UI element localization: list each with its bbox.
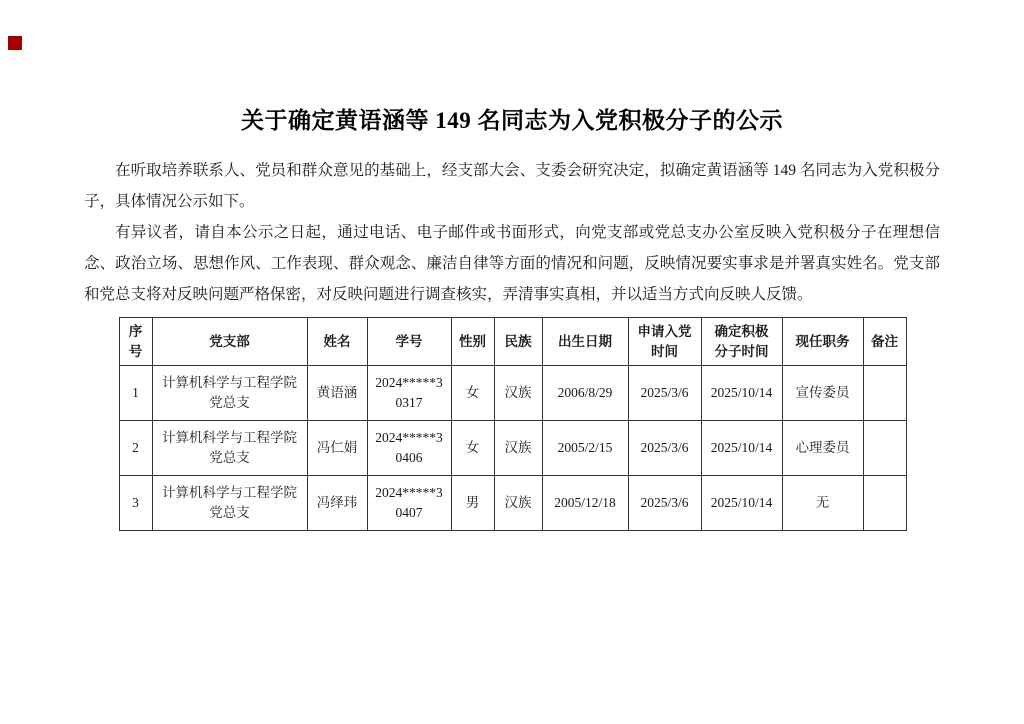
table-cell: 心理委员 bbox=[782, 421, 863, 476]
paragraph-1: 在听取培养联系人、党员和群众意见的基础上，经支部大会、支委会研究决定，拟确定黄语… bbox=[84, 155, 940, 217]
table-cell: 计算机科学与工程学院 党总支 bbox=[152, 366, 307, 421]
column-header-7: 申请入党 时间 bbox=[628, 318, 701, 366]
table-cell: 男 bbox=[451, 476, 494, 531]
table-cell: 2024*****3 0317 bbox=[367, 366, 451, 421]
document-page: 关于确定黄语涵等 149 名同志为入党积极分子的公示 在听取培养联系人、党员和群… bbox=[0, 0, 1024, 531]
column-header-3: 学号 bbox=[367, 318, 451, 366]
roster-table: 序 号党支部姓名学号性别民族出生日期申请入党 时间确定积极 分子时间现任职务备注… bbox=[119, 317, 907, 531]
table-cell: 2025/10/14 bbox=[701, 366, 782, 421]
table-cell: 2005/2/15 bbox=[542, 421, 628, 476]
table-body: 1计算机科学与工程学院 党总支黄语涵2024*****3 0317女汉族2006… bbox=[119, 366, 906, 531]
table-cell: 2005/12/18 bbox=[542, 476, 628, 531]
paragraph-2: 有异议者，请自本公示之日起，通过电话、电子邮件或书面形式，向党支部或党总支办公室… bbox=[84, 217, 940, 310]
table-cell: 女 bbox=[451, 421, 494, 476]
table-cell: 计算机科学与工程学院 党总支 bbox=[152, 476, 307, 531]
table-cell: 冯仁娟 bbox=[307, 421, 367, 476]
table-cell: 计算机科学与工程学院 党总支 bbox=[152, 421, 307, 476]
table-cell: 3 bbox=[119, 476, 152, 531]
table-cell: 2 bbox=[119, 421, 152, 476]
document-title: 关于确定黄语涵等 149 名同志为入党积极分子的公示 bbox=[84, 102, 940, 135]
column-header-0: 序 号 bbox=[119, 318, 152, 366]
table-row-2: 2计算机科学与工程学院 党总支冯仁娟2024*****3 0406女汉族2005… bbox=[119, 421, 906, 476]
table-cell: 汉族 bbox=[494, 476, 542, 531]
table-cell: 2025/3/6 bbox=[628, 421, 701, 476]
column-header-8: 确定积极 分子时间 bbox=[701, 318, 782, 366]
table-row-1: 1计算机科学与工程学院 党总支黄语涵2024*****3 0317女汉族2006… bbox=[119, 366, 906, 421]
column-header-4: 性别 bbox=[451, 318, 494, 366]
table-row-3: 3计算机科学与工程学院 党总支冯绎玮2024*****3 0407男汉族2005… bbox=[119, 476, 906, 531]
table-cell: 2025/3/6 bbox=[628, 366, 701, 421]
table-cell: 汉族 bbox=[494, 421, 542, 476]
column-header-6: 出生日期 bbox=[542, 318, 628, 366]
column-header-10: 备注 bbox=[863, 318, 906, 366]
table-cell: 2024*****3 0406 bbox=[367, 421, 451, 476]
table-cell: 冯绎玮 bbox=[307, 476, 367, 531]
column-header-5: 民族 bbox=[494, 318, 542, 366]
red-square-marker-icon bbox=[8, 36, 22, 50]
table-cell bbox=[863, 476, 906, 531]
table-cell: 宣传委员 bbox=[782, 366, 863, 421]
table-header-row: 序 号党支部姓名学号性别民族出生日期申请入党 时间确定积极 分子时间现任职务备注 bbox=[119, 318, 906, 366]
table-cell: 黄语涵 bbox=[307, 366, 367, 421]
table-cell: 2025/10/14 bbox=[701, 476, 782, 531]
roster-table-container: 序 号党支部姓名学号性别民族出生日期申请入党 时间确定积极 分子时间现任职务备注… bbox=[119, 317, 906, 531]
document-body: 在听取培养联系人、党员和群众意见的基础上，经支部大会、支委会研究决定，拟确定黄语… bbox=[84, 155, 940, 310]
table-cell: 1 bbox=[119, 366, 152, 421]
column-header-9: 现任职务 bbox=[782, 318, 863, 366]
column-header-1: 党支部 bbox=[152, 318, 307, 366]
table-cell bbox=[863, 421, 906, 476]
table-cell: 2006/8/29 bbox=[542, 366, 628, 421]
table-cell: 2024*****3 0407 bbox=[367, 476, 451, 531]
table-cell bbox=[863, 366, 906, 421]
table-cell: 汉族 bbox=[494, 366, 542, 421]
table-cell: 无 bbox=[782, 476, 863, 531]
table-cell: 2025/10/14 bbox=[701, 421, 782, 476]
table-cell: 女 bbox=[451, 366, 494, 421]
column-header-2: 姓名 bbox=[307, 318, 367, 366]
table-cell: 2025/3/6 bbox=[628, 476, 701, 531]
